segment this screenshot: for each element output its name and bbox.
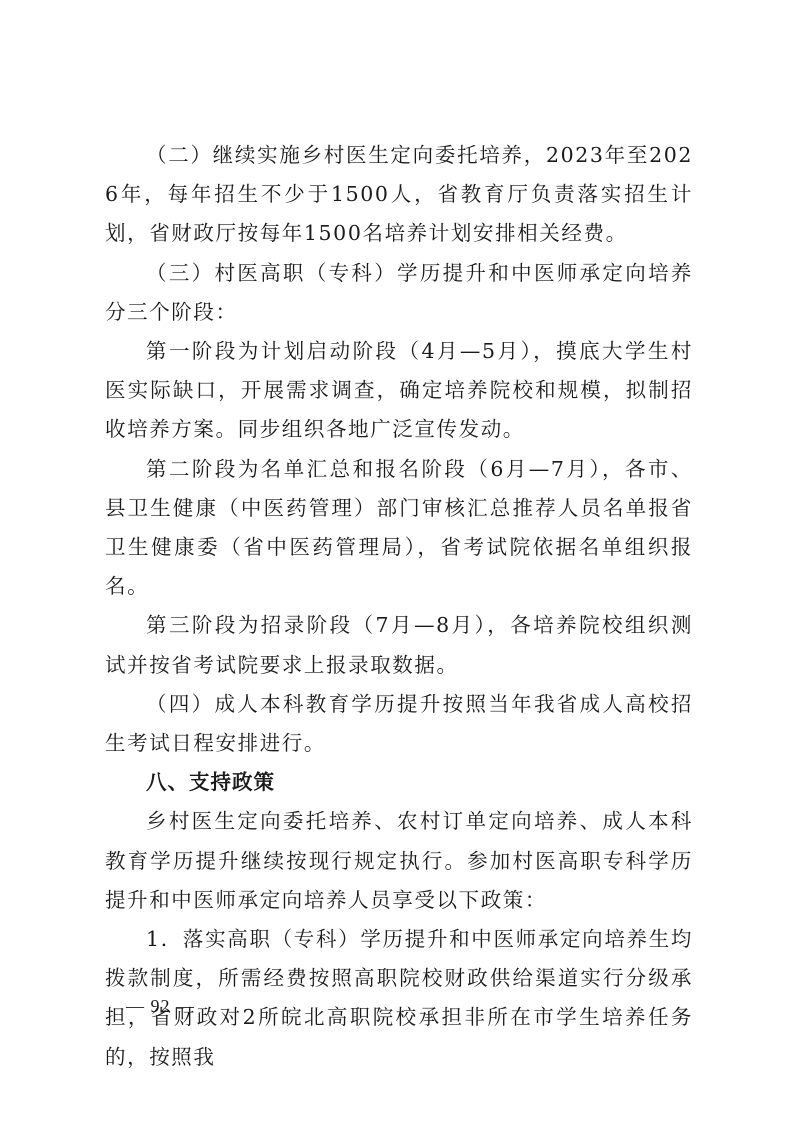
paragraph-stage-2: 第二阶段为名单汇总和报名阶段（6月—7月），各市、县卫生健康（中医药管理）部门审…	[105, 450, 693, 607]
paragraph-stage-1: 第一阶段为计划启动阶段（4月—5月），摸底大学生村医实际缺口，开展需求调查，确定…	[105, 332, 693, 450]
paragraph-policy-intro: 乡村医生定向委托培养、农村订单定向培养、成人本科教育学历提升继续按现行规定执行。…	[105, 802, 693, 920]
document-page: （二）继续实施乡村医生定向委托培养，2023年至2026年，每年招生不少于150…	[0, 0, 793, 1122]
section-heading-support-policy: 八、支持政策	[105, 763, 693, 802]
paragraph-section-3: （三）村医高职（专科）学历提升和中医师承定向培养分三个阶段：	[105, 254, 693, 332]
page-number: — 92 —	[126, 996, 195, 1017]
paragraph-section-4: （四）成人本科教育学历提升按照当年我省成人高校招生考试日程安排进行。	[105, 685, 693, 763]
paragraph-section-2: （二）继续实施乡村医生定向委托培养，2023年至2026年，每年招生不少于150…	[105, 136, 693, 254]
paragraph-stage-3: 第三阶段为招录阶段（7月—8月），各培养院校组织测试并按省考试院要求上报录取数据…	[105, 606, 693, 684]
document-body: （二）继续实施乡村医生定向委托培养，2023年至2026年，每年招生不少于150…	[105, 136, 693, 1077]
